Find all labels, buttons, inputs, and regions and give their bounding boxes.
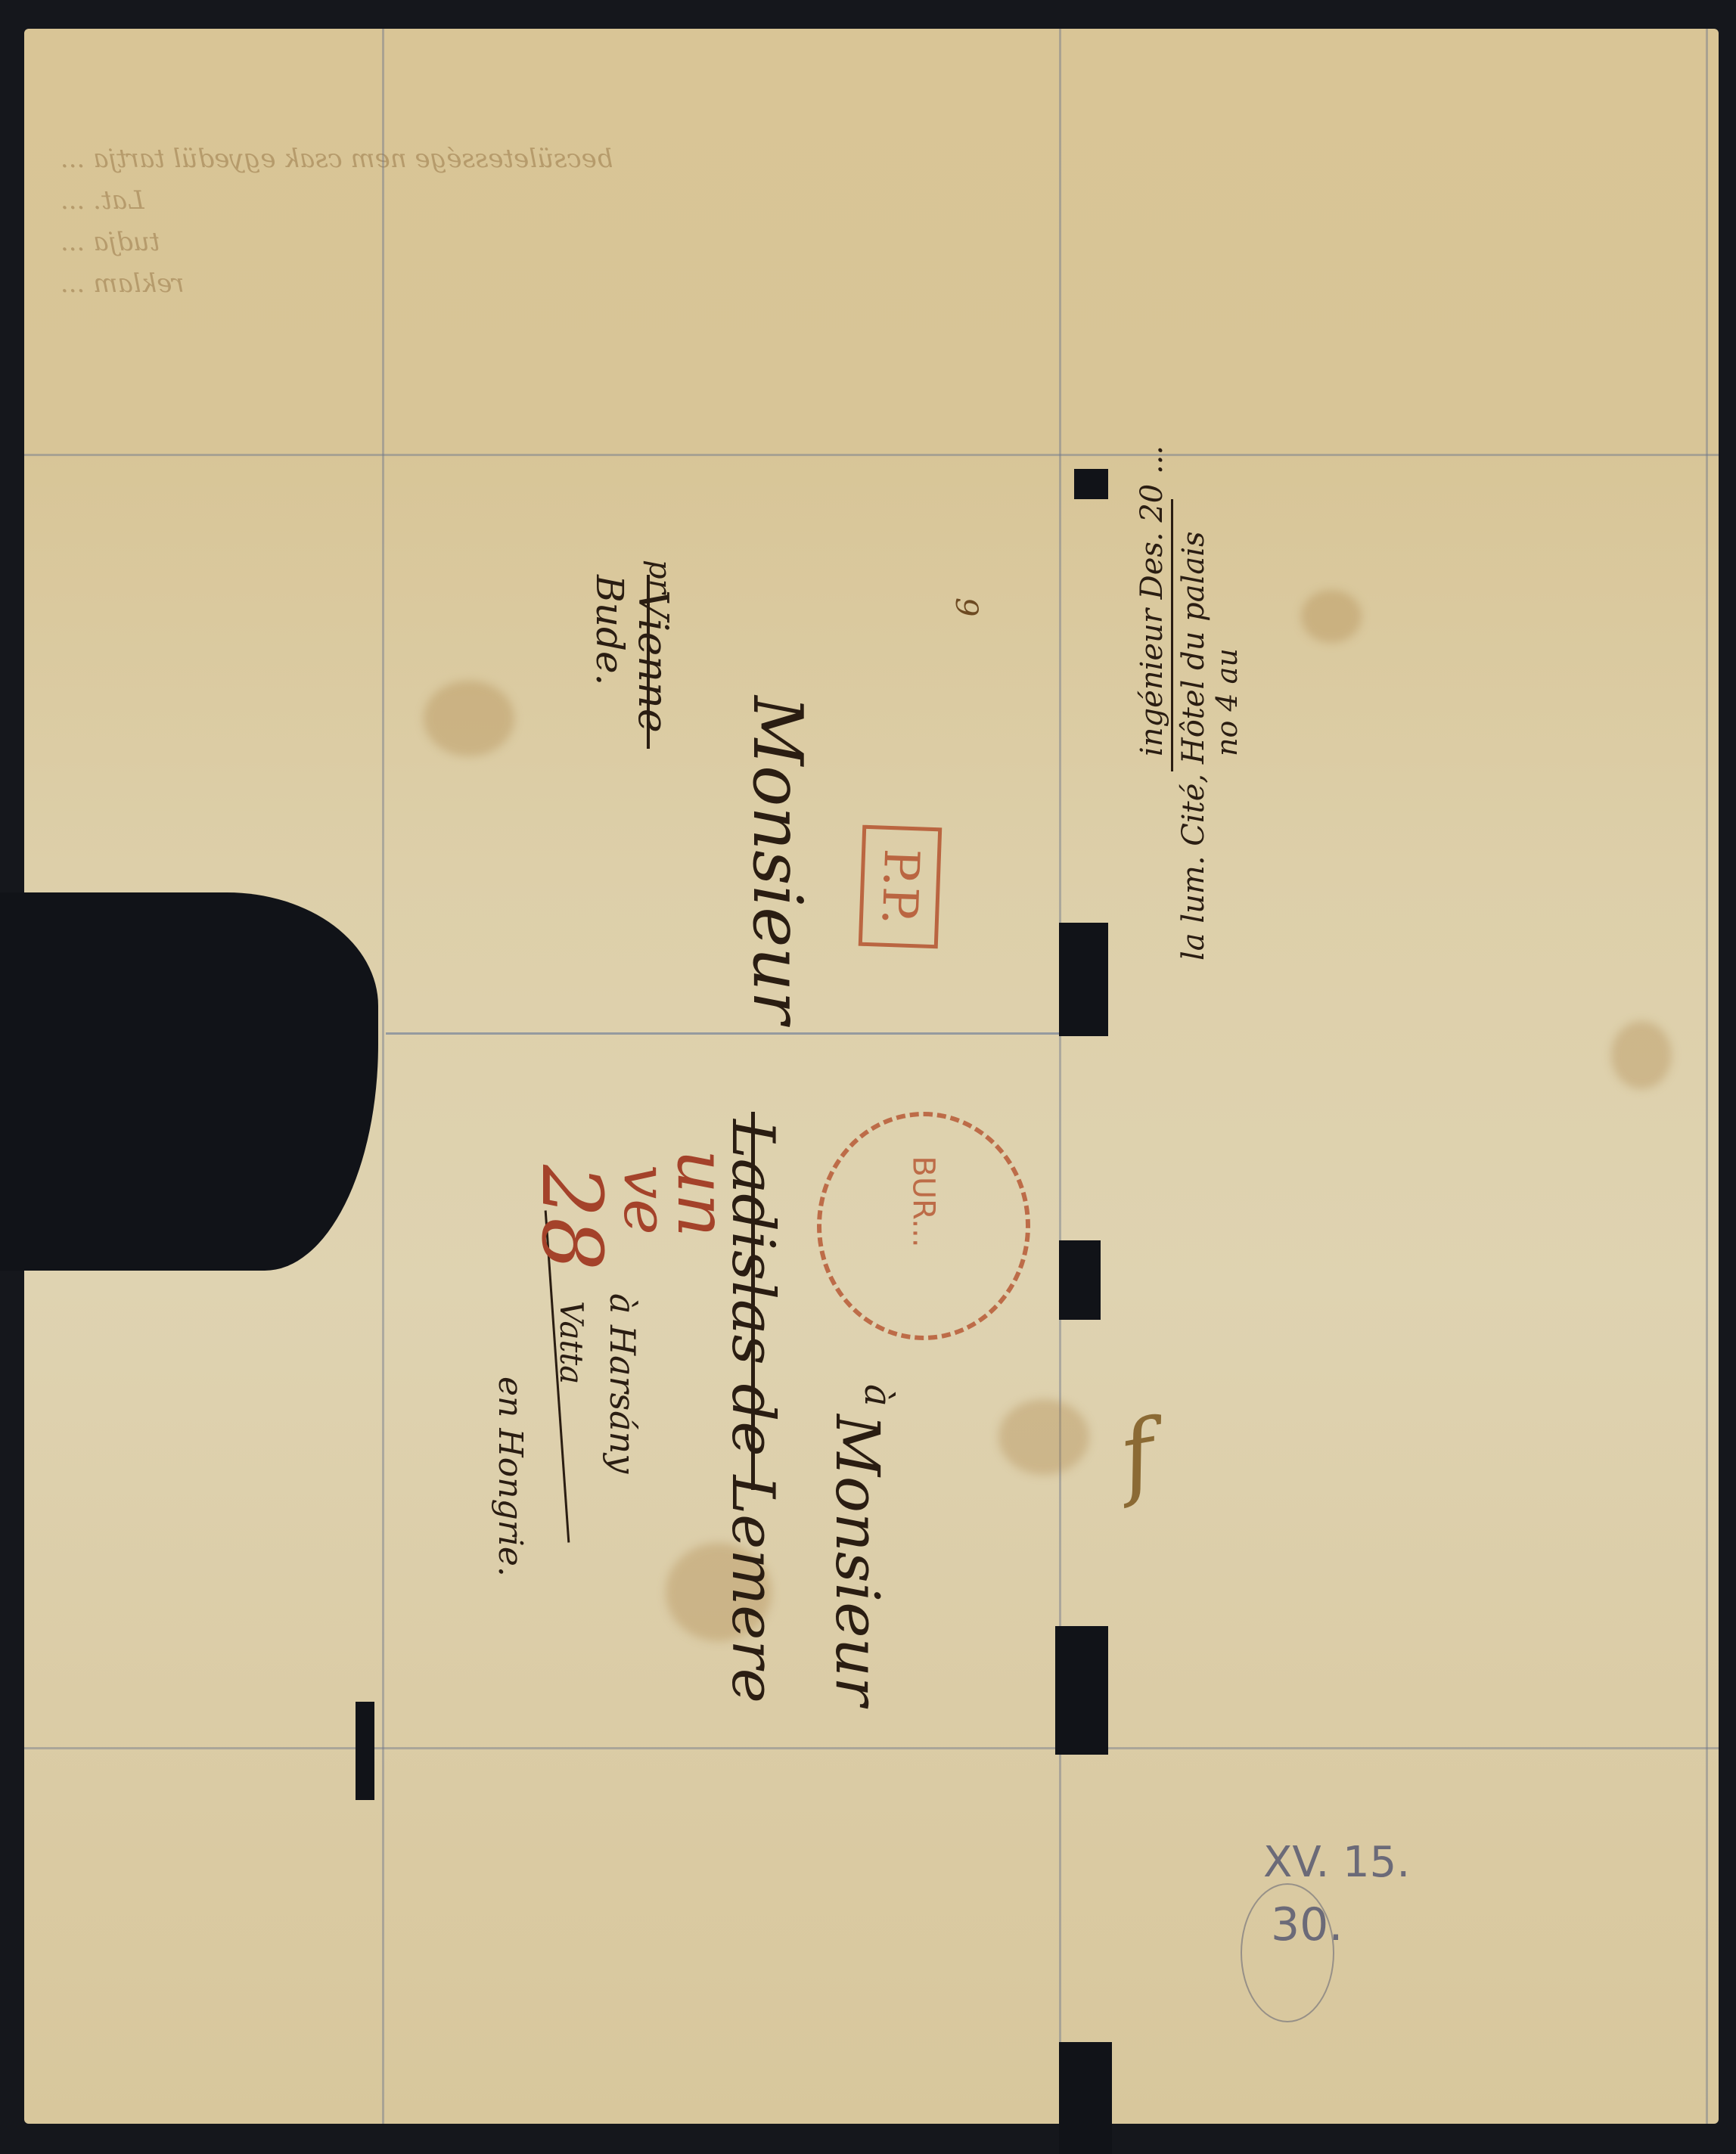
- fold-line-right: [1059, 29, 1061, 2124]
- bleed-through-line-3: tudja ...: [61, 227, 160, 257]
- sender-note-line-1: ingénieur Des. 20 ...: [1135, 445, 1169, 756]
- circular-postmark: BUR...: [817, 1112, 1030, 1340]
- stain-2: [998, 1399, 1089, 1475]
- routing-underline: [647, 575, 650, 749]
- hole-right-2: [1059, 1240, 1101, 1320]
- circular-postmark-text: BUR...: [906, 1156, 941, 1247]
- sender-note-underline: [1171, 499, 1173, 771]
- fold-crease-middle: [386, 1032, 1067, 1035]
- fold-line-left: [382, 29, 384, 2124]
- sender-note-line-2: la lum. Cité, Hôtel du palais: [1176, 531, 1211, 961]
- address-line-1: à: [856, 1384, 900, 1407]
- address-line-4: à Harsány: [602, 1293, 643, 1473]
- hole-bottom-right-tear: [1059, 2042, 1112, 2154]
- hole-top-1: [1074, 469, 1108, 499]
- hole-bottom-left: [356, 1702, 374, 1800]
- stain-1: [424, 681, 514, 756]
- pencil-archive-number: 30.: [1271, 1898, 1343, 1951]
- boxed-pp-stamp: P.P.: [859, 825, 943, 949]
- red-rate-3: 28: [523, 1165, 620, 1271]
- bleed-through-line-4: reklam ...: [61, 268, 185, 299]
- stain-4: [1301, 590, 1362, 643]
- torn-area-left: [0, 892, 378, 1271]
- fold-line-top: [24, 454, 1719, 456]
- hole-right-3: [1055, 1626, 1108, 1755]
- routing-bude: Bude.: [588, 575, 632, 685]
- hole-right-1: [1059, 923, 1108, 1036]
- address-line-2-prefix: Monsieur: [738, 696, 817, 1024]
- small-mark: 9: [949, 597, 983, 616]
- stain-5: [1611, 1021, 1672, 1089]
- bleed-through-line-1: becsületessége nem csak egyedül tartja .…: [61, 144, 613, 174]
- routing-vienne: Vienne: [629, 590, 677, 733]
- address-line-6: en Hongrie.: [491, 1377, 529, 1577]
- address-underline: [751, 1112, 755, 1490]
- red-rate-2: ve: [610, 1165, 681, 1235]
- pencil-archive-ref: XV. 15.: [1263, 1838, 1410, 1887]
- sender-note-line-3: no 4 au: [1210, 648, 1244, 756]
- bleed-through-line-2: Lat. ...: [61, 185, 144, 216]
- fold-line-edge: [1706, 29, 1708, 2124]
- address-line-5: Vatta: [553, 1301, 590, 1384]
- fold-line-bottom: [24, 1747, 1719, 1749]
- address-line-2: Monsieur: [822, 1414, 893, 1706]
